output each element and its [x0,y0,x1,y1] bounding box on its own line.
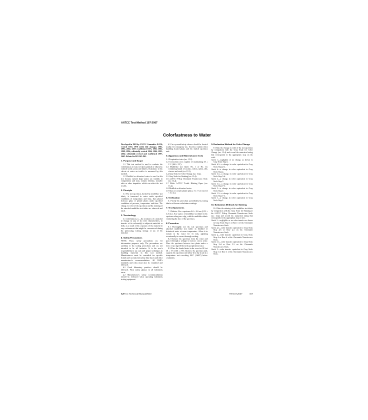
body-paragraph: Grade 4—color transfer equivalent to Gra… [211,234,253,241]
body-paragraph: 3.1 colorfastness, n.—the resistance of … [121,218,163,235]
body-paragraph: Grade 3.5—color transfer equivalent to G… [211,241,253,248]
body-paragraph: NOTE: These safety precautions are for i… [121,240,163,266]
body-paragraph: Grade 3—color transfer equivalent to Gra… [211,248,253,255]
body-paragraph: 1.2 Distilled or deionized water is used… [121,175,163,187]
column-3: 9. Evaluation Method for Color Change9.1… [211,143,253,289]
body-paragraph: 5.9 Glass or acrylic plastic plates, 7.5… [166,190,208,195]
section-heading: 4. Safety Precautions [121,237,163,239]
body-paragraph: Developed in 1962 by AATCC Committee RA5… [121,143,163,157]
body-paragraph: 5.3 Multifiber test fabric No. 1 or No. … [166,166,208,173]
body-paragraph: Grade 4.5—color transfer equivalent to G… [211,227,253,234]
page-title: Colorfastness to Water [121,133,253,138]
column-1: Developed in 1962 by AATCC Committee RA5… [121,143,163,289]
section-heading: 8. Procedure [166,222,208,224]
section-heading: 9. Evaluation Method for Color Change [211,143,253,145]
section-heading: 2. Principle [121,189,163,191]
document-header: AATCC Test Method 107-2007 [121,121,253,124]
body-paragraph: 8.1 Thoroughly wet the test specimen and… [166,226,208,238]
body-paragraph: Grade 1—a change in color equivalent to … [211,197,253,202]
body-paragraph: 8.2 Remove the specimen from the water a… [166,238,208,248]
section-heading: 10. Evaluation Methods for Staining [211,204,253,206]
section-heading: 5. Apparatus and Materials (see 13.1) [166,155,208,157]
body-paragraph: 1.1 This test method is used to evaluate… [121,163,163,175]
document-page: AATCC Test Method 107-2007 Colorfastness… [121,120,253,300]
section-heading: 7. Test Specimens [166,207,208,209]
body-paragraph: 6.1 Verify the procedure periodically by… [166,200,208,205]
body-paragraph: 7.1 Fabrics. Use a specimen 6.0 × 6.0 cm… [166,210,208,220]
body-paragraph: Grade 5—negligible or no color transfer … [211,219,253,226]
body-paragraph: 10.1 Rate the staining of the multifiber… [211,207,253,219]
body-paragraph: 4.3 An eyewash/safety shower should be l… [166,143,208,153]
document-footer: AATCC Technical Manual/2010 TM 107-2007 … [121,293,253,296]
body-paragraph: 4.2 Manufacturer's safety recommendation… [121,274,163,281]
body-paragraph: 8.3 Place the loaded tester in the oven … [166,247,208,259]
text-columns: Developed in 1962 by AATCC Committee RA5… [121,143,253,289]
screenshot-canvas: AATCC Test Method 107-2007 Colorfastness… [0,0,368,420]
body-paragraph: 9.1 Rate the change in color of the test… [211,147,253,159]
body-paragraph: 2.1 The test specimen, backed by multifi… [121,193,163,212]
footer-right-group: TM 107-2007 157 [229,293,253,296]
footer-method-label: TM 107-2007 [229,293,242,296]
footer-manual-label: AATCC Technical Manual/2010 [121,293,151,296]
section-heading: 6. Verification [166,197,208,199]
section-heading: 1. Purpose and Scope [121,160,163,162]
column-2: 4.3 An eyewash/safety shower should be l… [166,143,208,289]
section-heading: 3. Terminology [121,214,163,216]
footer-page-number: 157 [249,293,253,296]
body-paragraph: 4.1 Good laboratory practices should be … [121,266,163,273]
